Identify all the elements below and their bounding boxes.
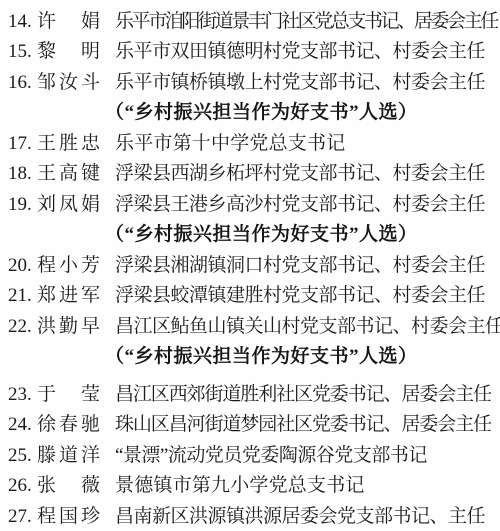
person-name: 张 薇	[37, 476, 100, 495]
person-name: 邹汝斗	[37, 73, 100, 92]
person-name: 于 莹	[37, 385, 100, 404]
item-number: 14.	[8, 12, 37, 31]
person-position: 昌江区鲇鱼山镇关山村党支部书记、村委会主任	[115, 317, 500, 336]
person-name: 黎 明	[37, 42, 100, 61]
person-name: 程小芳	[37, 256, 100, 275]
person-position: 昌江区西郊街道胜利社区党委书记、居委会主任	[115, 385, 491, 404]
list-item: 20. 程小芳 浮梁县湘湖镇洞口村党支部书记、村委会主任	[8, 250, 500, 281]
item-number: 26.	[8, 476, 37, 495]
list-item: 22. 洪勤早 昌江区鲇鱼山镇关山村党支部书记、村委会主任	[8, 311, 500, 342]
person-position: 景德镇市第九小学党总支书记	[115, 476, 365, 495]
person-name: 刘凤娟	[37, 195, 100, 214]
person-position: 乐平市镇桥镇墩上村党支部书记、村委会主任	[115, 73, 485, 92]
item-number: 23.	[8, 385, 37, 404]
person-name: 郑进军	[37, 286, 100, 305]
person-name: 洪勤早	[37, 317, 100, 336]
list-item: 16. 邹汝斗 乐平市镇桥镇墩上村党支部书记、村委会主任	[8, 67, 500, 98]
person-position: 乐平市双田镇德明村党支部书记、村委会主任	[115, 42, 485, 61]
document-page: 14. 许 娟 乐平市洎阳街道景丰门社区党总支书记、居委会主任 15. 黎 明 …	[0, 0, 500, 531]
item-number: 16.	[8, 73, 37, 92]
item-number: 25.	[8, 446, 37, 465]
list-item: 24. 徐春驰 珠山区昌河街道梦园社区党委书记、居委会主任	[8, 410, 500, 441]
item-number: 22.	[8, 317, 37, 336]
list-item: 17. 王胜忠 乐平市第十中学党总支书记	[8, 128, 500, 159]
list-item: 19. 刘凤娟 浮梁县王港乡高沙村党支部书记、村委会主任	[8, 189, 500, 220]
list-item: 27. 程国珍 昌南新区洪源镇洪源居委会党支部书记、主任	[8, 501, 500, 531]
person-name: 王高键	[37, 164, 100, 183]
person-name: 程国珍	[37, 507, 100, 526]
list-item: 15. 黎 明 乐平市双田镇德明村党支部书记、村委会主任	[8, 37, 500, 68]
item-number: 17.	[8, 134, 37, 153]
person-name: 许 娟	[37, 12, 100, 31]
person-position: 浮梁县湘湖镇洞口村党支部书记、村委会主任	[115, 256, 485, 275]
person-position: 珠山区昌河街道梦园社区党委书记、居委会主任	[115, 415, 491, 434]
person-name: 滕道洋	[37, 446, 100, 465]
list-item: 18. 王高键 浮梁县西湖乡柘坪村党支部书记、村委会主任	[8, 159, 500, 190]
person-position: 浮梁县蛟潭镇建胜村党支部书记、村委会主任	[115, 286, 485, 305]
award-note: （“乡村振兴担当作为好支书”人选）	[8, 220, 500, 251]
person-position: 乐平市洎阳街道景丰门社区党总支书记、居委会主任	[115, 12, 497, 31]
award-note: （“乡村振兴担当作为好支书”人选）	[8, 342, 500, 373]
award-note-text: （“乡村振兴担当作为好支书”人选）	[105, 225, 418, 244]
list-item: 23. 于 莹 昌江区西郊街道胜利社区党委书记、居委会主任	[8, 379, 500, 410]
person-position: 乐平市第十中学党总支书记	[115, 134, 345, 153]
award-note: （“乡村振兴担当作为好支书”人选）	[8, 98, 500, 129]
person-position: “景漂”流动党员党委陶源谷党支部书记	[115, 446, 427, 465]
item-number: 27.	[8, 507, 37, 526]
person-name: 徐春驰	[37, 415, 100, 434]
item-number: 24.	[8, 415, 37, 434]
list-item: 25. 滕道洋 “景漂”流动党员党委陶源谷党支部书记	[8, 440, 500, 471]
item-number: 18.	[8, 164, 37, 183]
person-name: 王胜忠	[37, 134, 100, 153]
award-note-text: （“乡村振兴担当作为好支书”人选）	[105, 347, 418, 366]
item-number: 19.	[8, 195, 37, 214]
person-position: 浮梁县王港乡高沙村党支部书记、村委会主任	[115, 195, 485, 214]
person-position: 浮梁县西湖乡柘坪村党支部书记、村委会主任	[115, 164, 485, 183]
person-position: 昌南新区洪源镇洪源居委会党支部书记、主任	[115, 507, 485, 526]
list-item: 14. 许 娟 乐平市洎阳街道景丰门社区党总支书记、居委会主任	[8, 6, 500, 37]
item-number: 21.	[8, 286, 37, 305]
award-note-text: （“乡村振兴担当作为好支书”人选）	[105, 103, 418, 122]
list-item: 26. 张 薇 景德镇市第九小学党总支书记	[8, 471, 500, 502]
item-number: 15.	[8, 42, 37, 61]
item-number: 20.	[8, 256, 37, 275]
list-item: 21. 郑进军 浮梁县蛟潭镇建胜村党支部书记、村委会主任	[8, 281, 500, 312]
